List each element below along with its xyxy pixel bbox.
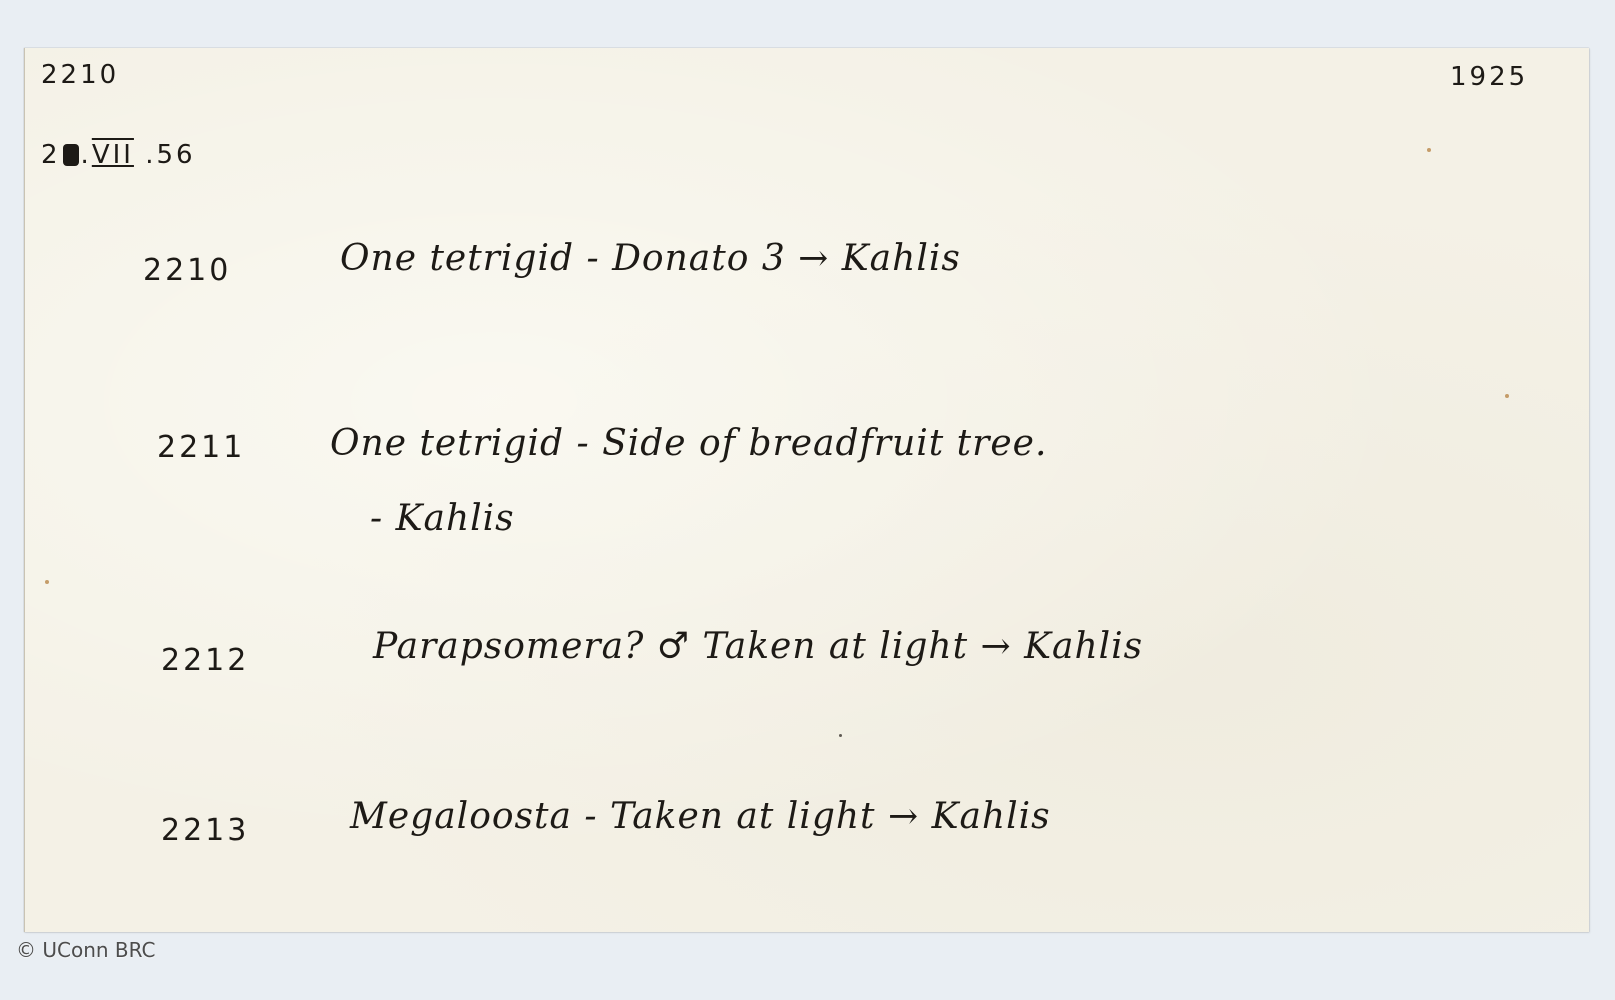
entry-number: 2211 — [157, 430, 245, 465]
ink-blot — [63, 144, 79, 166]
date-separator: . — [81, 140, 92, 170]
date-day: 2 — [41, 140, 61, 170]
collection-date: 2.VII .56 — [41, 140, 196, 170]
entry-text: Megaloosta - Taken at light → Kahlis — [350, 796, 1051, 837]
entry-text: One tetrigid - Side of breadfruit tree. — [330, 423, 1047, 464]
paper-stain — [1505, 394, 1509, 398]
date-year: .56 — [145, 140, 195, 170]
paper-stain — [45, 580, 49, 584]
card-corner-id: 2210 — [41, 60, 119, 90]
entry-text-continuation: - Kahlis — [370, 498, 515, 539]
card-year: 1925 — [1450, 62, 1528, 92]
index-card: 2210 1925 2.VII .56 2210 One tetrigid - … — [24, 48, 1589, 932]
entry-number: 2210 — [143, 253, 231, 288]
entry-number: 2212 — [161, 643, 249, 678]
date-month-roman: VII — [92, 140, 134, 170]
paper-stain — [1427, 148, 1431, 152]
entry-text: One tetrigid - Donato 3 → Kahlis — [340, 238, 961, 279]
entry-text: Parapsomera? ♂ Taken at light → Kahlis — [373, 626, 1143, 667]
entry-number: 2213 — [161, 813, 249, 848]
paper-stain — [839, 734, 842, 737]
copyright-credit: © UConn BRC — [16, 938, 156, 962]
